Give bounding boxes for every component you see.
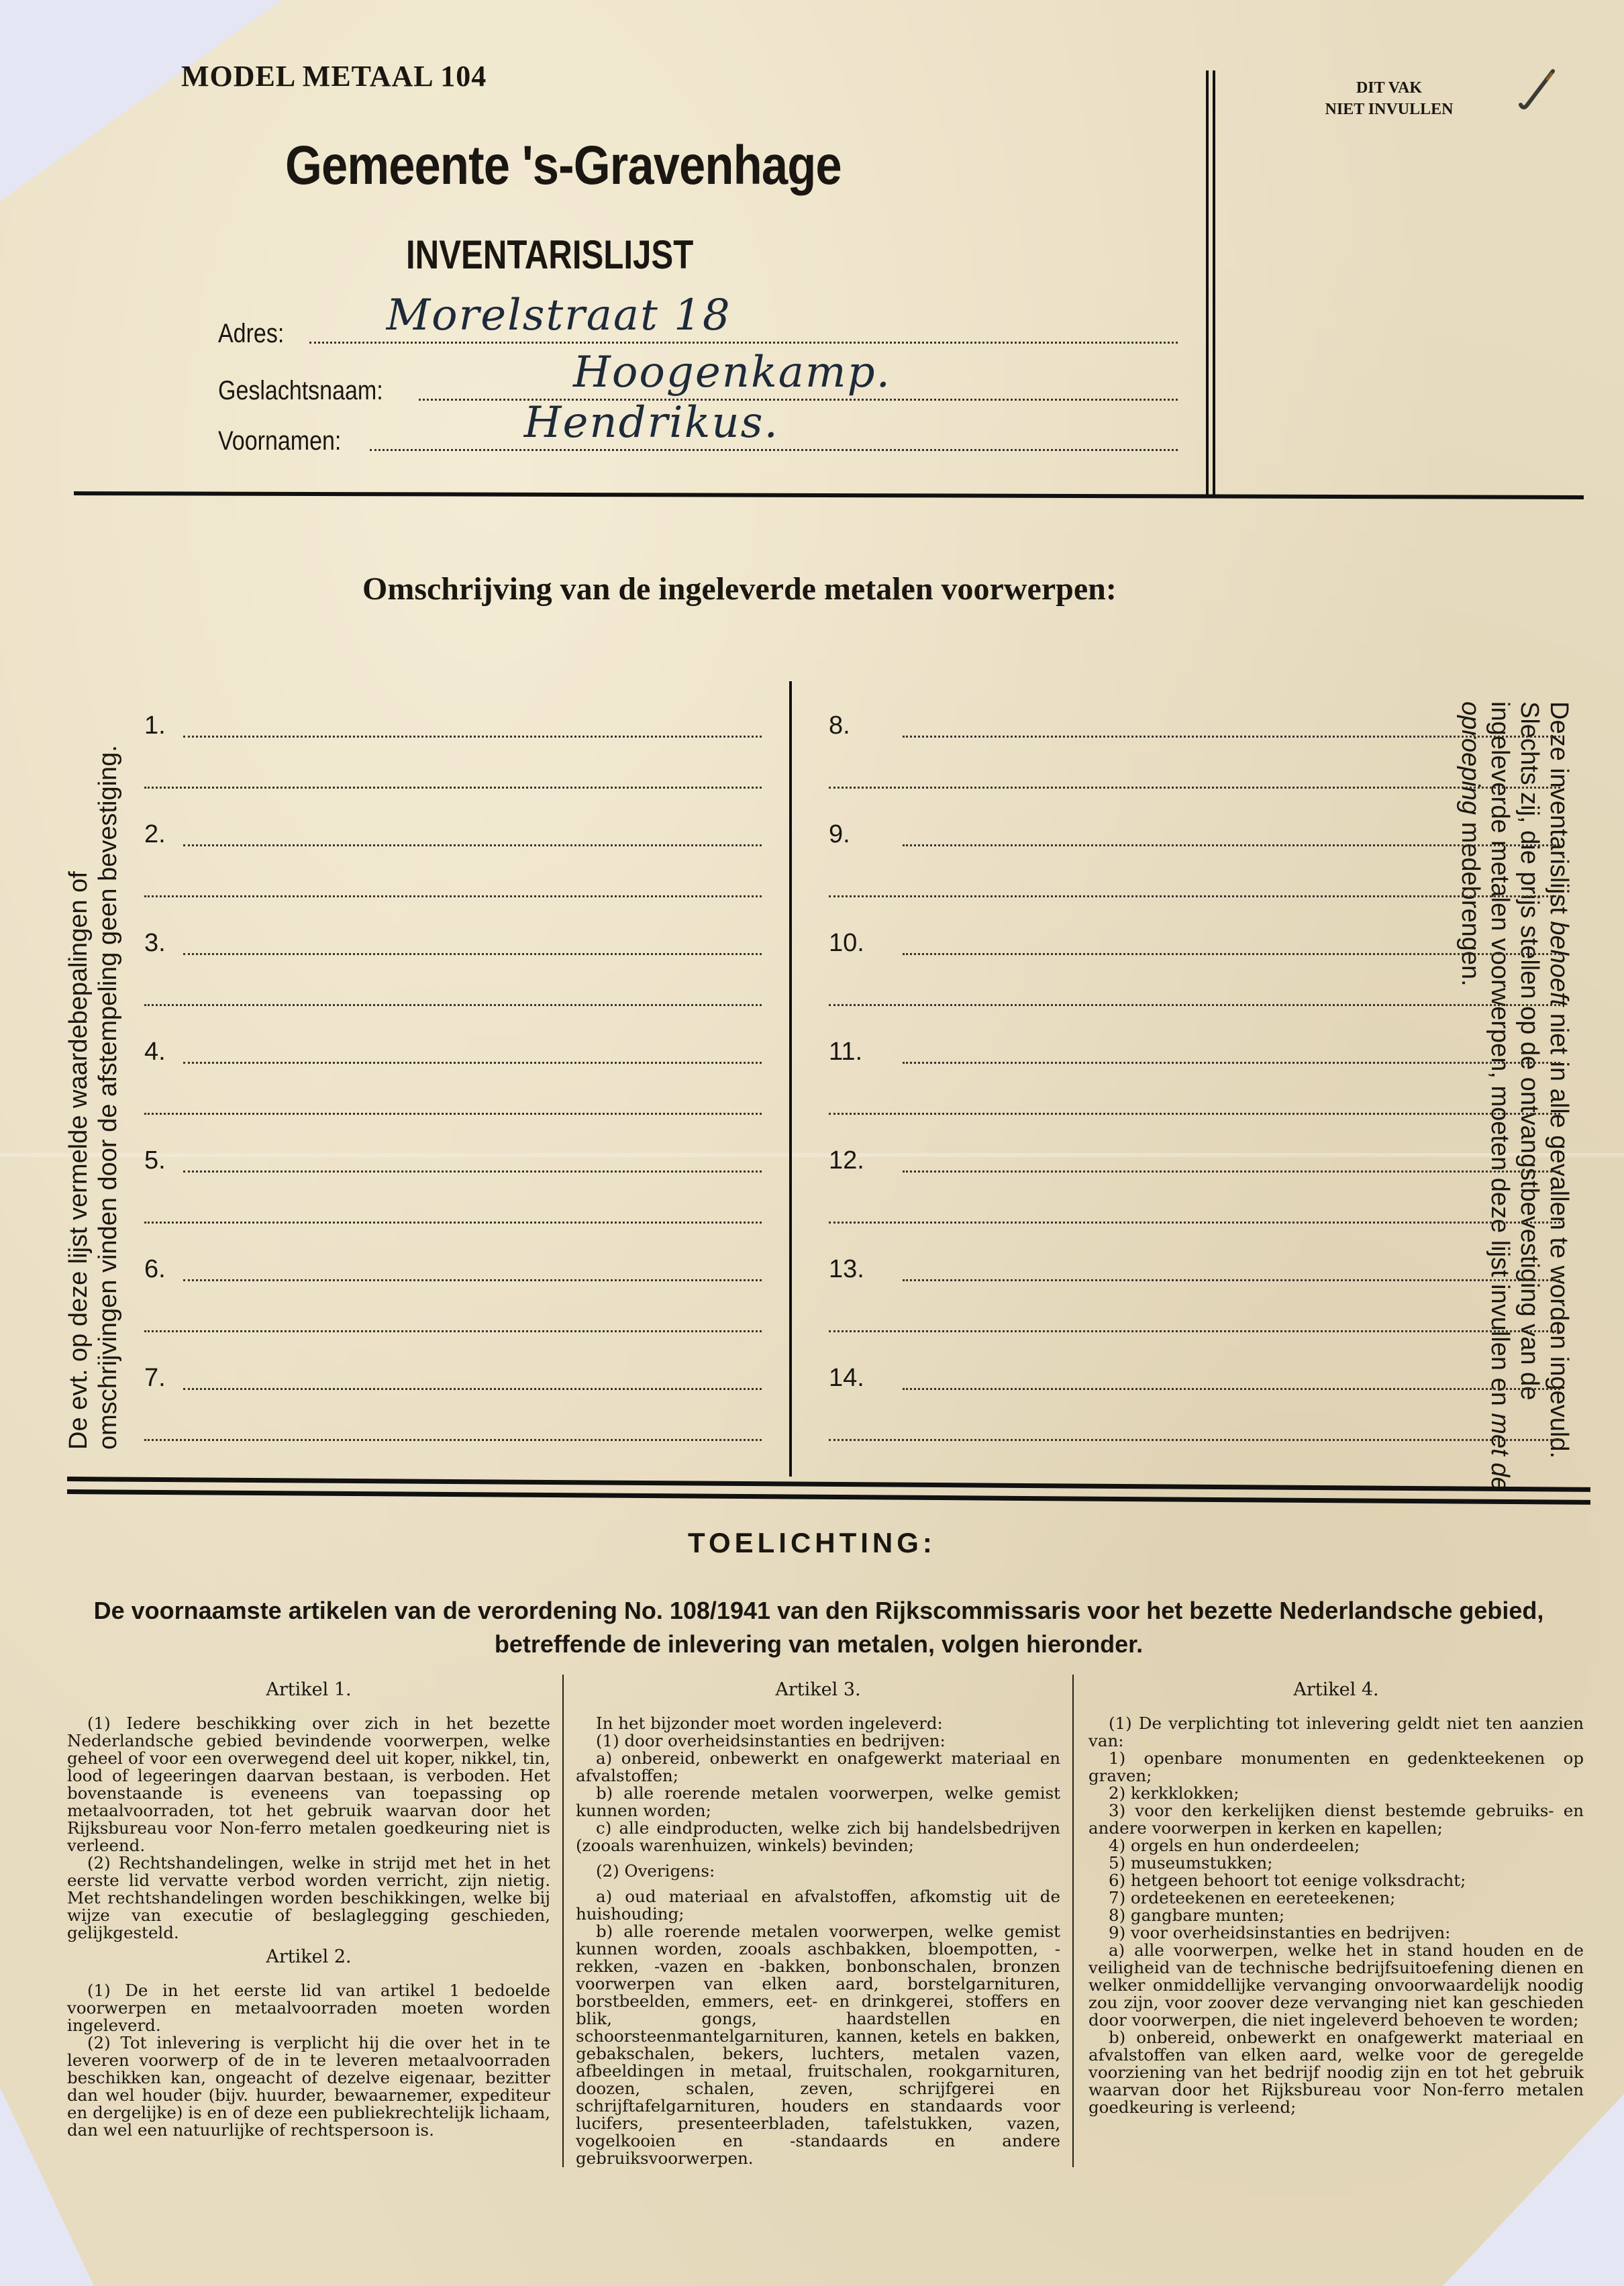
item-row[interactable]: 14. xyxy=(829,1364,1574,1473)
item-row[interactable]: 5. xyxy=(144,1146,775,1255)
article-3-section-1c: c) alle eindproducten, welke zich bij ha… xyxy=(576,1820,1060,1854)
item-number: 1. xyxy=(144,711,166,740)
article-4-item-3: 3) voor den kerkelijken dienst bestemde … xyxy=(1088,1802,1584,1837)
item-line-continued[interactable] xyxy=(144,1439,762,1441)
item-line-continued[interactable] xyxy=(829,787,1560,789)
article-3-section-2a: a) oud materiaal en afvalstoffen, afkoms… xyxy=(576,1888,1060,1923)
item-number: 13. xyxy=(829,1255,864,1284)
item-line[interactable] xyxy=(903,1171,1560,1173)
description-heading: Omschrijving van de ingeleverde metalen … xyxy=(362,570,1117,607)
item-row[interactable]: 4. xyxy=(144,1038,775,1146)
item-row[interactable]: 13. xyxy=(829,1255,1574,1364)
article-4-item-9a: a) alle voorwerpen, welke het in stand h… xyxy=(1088,1942,1584,2029)
article-2-paragraph-2: (2) Tot inlevering is verplicht hij die … xyxy=(67,2034,550,2139)
item-line-continued[interactable] xyxy=(144,1004,762,1006)
item-number: 7. xyxy=(144,1364,166,1393)
item-number: 4. xyxy=(144,1038,166,1066)
first-names-label: Voornamen: xyxy=(218,426,341,456)
side-note-left: De evt. op deze lijst vermelde waardebep… xyxy=(64,711,123,1450)
item-line[interactable] xyxy=(903,736,1560,738)
first-names-field[interactable]: Voornamen: Hendrikus. xyxy=(218,416,1178,456)
item-number: 5. xyxy=(144,1146,166,1175)
article-4-item-7: 7) ordeteekenen en eereteekenen; xyxy=(1088,1889,1584,1907)
article-1-paragraph-2: (2) Rechtshandelingen, welke in strijd m… xyxy=(67,1854,550,1942)
article-1-title: Artikel 1. xyxy=(67,1681,550,1699)
item-line[interactable] xyxy=(183,1171,762,1173)
office-box-line2: NIET INVULLEN xyxy=(1309,99,1470,120)
item-row[interactable]: 12. xyxy=(829,1146,1574,1255)
item-line-continued[interactable] xyxy=(144,1222,762,1224)
item-row[interactable]: 8. xyxy=(829,711,1574,820)
articles-column-1: Artikel 1. (1) Iedere beschikking over z… xyxy=(67,1675,564,2167)
item-line[interactable] xyxy=(903,1062,1560,1064)
item-row[interactable]: 2. xyxy=(144,820,775,929)
item-list-right: 8. 9. 10. 11. 12. 13. 14. xyxy=(829,711,1574,1473)
article-3-intro: In het bijzonder moet worden ingeleverd: xyxy=(576,1715,1060,1732)
article-3-section-1b: b) alle roerende metalen voorwerpen, wel… xyxy=(576,1785,1060,1820)
column-divider xyxy=(789,681,792,1477)
item-number: 3. xyxy=(144,929,166,958)
item-row[interactable]: 9. xyxy=(829,820,1574,929)
article-3-section-2b: b) alle roerende metalen voorwerpen, wel… xyxy=(576,1923,1060,2167)
form-title: INVENTARISLIJST xyxy=(406,232,693,278)
article-4-item-5: 5) museumstukken; xyxy=(1088,1854,1584,1872)
articles-columns: Artikel 1. (1) Iedere beschikking over z… xyxy=(67,1675,1584,2167)
item-line[interactable] xyxy=(183,1062,762,1064)
surname-label: Geslachtsnaam: xyxy=(218,376,383,406)
office-use-box: DIT VAK NIET INVULLEN xyxy=(1309,77,1470,120)
first-names-value: Hendrikus. xyxy=(524,398,779,448)
article-3-section-1a: a) onbereid, onbewerkt en onafgewerkt ma… xyxy=(576,1750,1060,1785)
section-double-rule xyxy=(67,1477,1590,1494)
item-row[interactable]: 1. xyxy=(144,711,775,820)
explanation-intro: De voornaamste artikelen van de verorden… xyxy=(60,1594,1577,1661)
article-4-item-2: 2) kerkklokken; xyxy=(1088,1785,1584,1802)
article-3-section-2: (2) Overigens: xyxy=(576,1862,1060,1880)
model-code: MODEL METAAL 104 xyxy=(181,59,487,93)
article-2-paragraph-1: (1) De in het eerste lid van artikel 1 b… xyxy=(67,1982,550,2034)
item-line-continued[interactable] xyxy=(829,1113,1560,1115)
item-line[interactable] xyxy=(183,844,762,846)
article-4-item-4: 4) orgels en hun onderdeelen; xyxy=(1088,1837,1584,1854)
item-number: 2. xyxy=(144,820,166,849)
item-line[interactable] xyxy=(903,953,1560,955)
item-number: 11. xyxy=(829,1038,862,1066)
item-line-continued[interactable] xyxy=(829,1004,1560,1006)
office-box-divider xyxy=(1206,70,1209,497)
item-line[interactable] xyxy=(183,736,762,738)
articles-column-2: Artikel 3. In het bijzonder moet worden … xyxy=(564,1675,1074,2167)
item-row[interactable]: 11. xyxy=(829,1038,1574,1146)
article-1-paragraph-1: (1) Iedere beschikking over zich in het … xyxy=(67,1715,550,1854)
item-line[interactable] xyxy=(183,1279,762,1281)
item-line-continued[interactable] xyxy=(829,1439,1560,1441)
item-number: 14. xyxy=(829,1364,864,1393)
item-row[interactable]: 6. xyxy=(144,1255,775,1364)
article-4-title: Artikel 4. xyxy=(1088,1681,1584,1699)
article-4-item-8: 8) gangbare munten; xyxy=(1088,1907,1584,1924)
article-4-item-9: 9) voor overheidsinstanties en bedrijven… xyxy=(1088,1924,1584,1942)
item-line[interactable] xyxy=(903,1388,1560,1390)
item-list-left: 1. 2. 3. 4. 5. 6. 7. xyxy=(144,711,775,1473)
article-4-intro: (1) De verplichting tot inlevering geldt… xyxy=(1088,1715,1584,1750)
item-line-continued[interactable] xyxy=(829,1222,1560,1224)
article-4-item-6: 6) hetgeen behoort tot eenige volksdrach… xyxy=(1088,1872,1584,1889)
item-line-continued[interactable] xyxy=(144,1113,762,1115)
item-row[interactable]: 3. xyxy=(144,929,775,1038)
item-number: 8. xyxy=(829,711,850,740)
item-line-continued[interactable] xyxy=(829,1330,1560,1332)
articles-column-3: Artikel 4. (1) De verplichting tot inlev… xyxy=(1074,1675,1584,2167)
item-row[interactable]: 10. xyxy=(829,929,1574,1038)
item-number: 10. xyxy=(829,929,864,958)
item-line[interactable] xyxy=(903,1279,1560,1281)
item-number: 6. xyxy=(144,1255,166,1284)
article-4-item-1: 1) openbare monumenten en gedenkteekenen… xyxy=(1088,1750,1584,1785)
staple-icon xyxy=(1518,67,1558,114)
article-4-item-9b: b) onbereid, onbewerkt en onafgewerkt ma… xyxy=(1088,2029,1584,2116)
municipality-title: Gemeente 's-Gravenhage xyxy=(285,134,842,197)
address-value: Morelstraat 18 xyxy=(387,291,731,340)
item-line[interactable] xyxy=(183,1388,762,1390)
item-line-continued[interactable] xyxy=(144,1330,762,1332)
item-line[interactable] xyxy=(183,953,762,955)
article-2-title: Artikel 2. xyxy=(67,1948,550,1966)
item-line[interactable] xyxy=(903,844,1560,846)
item-row[interactable]: 7. xyxy=(144,1364,775,1473)
item-line-continued[interactable] xyxy=(829,895,1560,897)
article-3-title: Artikel 3. xyxy=(576,1681,1060,1699)
item-line-continued[interactable] xyxy=(144,787,762,789)
address-field[interactable]: Adres: Morelstraat 18 xyxy=(218,309,1178,349)
item-number: 12. xyxy=(829,1146,864,1175)
office-box-line1: DIT VAK xyxy=(1309,77,1470,99)
item-line-continued[interactable] xyxy=(144,895,762,897)
address-label: Adres: xyxy=(218,319,284,349)
explanation-heading: TOELICHTING: xyxy=(0,1527,1624,1559)
surname-value: Hoogenkamp. xyxy=(573,348,891,397)
item-number: 9. xyxy=(829,820,850,849)
article-3-section-1: (1) door overheidsinstanties en bedrijve… xyxy=(576,1732,1060,1750)
